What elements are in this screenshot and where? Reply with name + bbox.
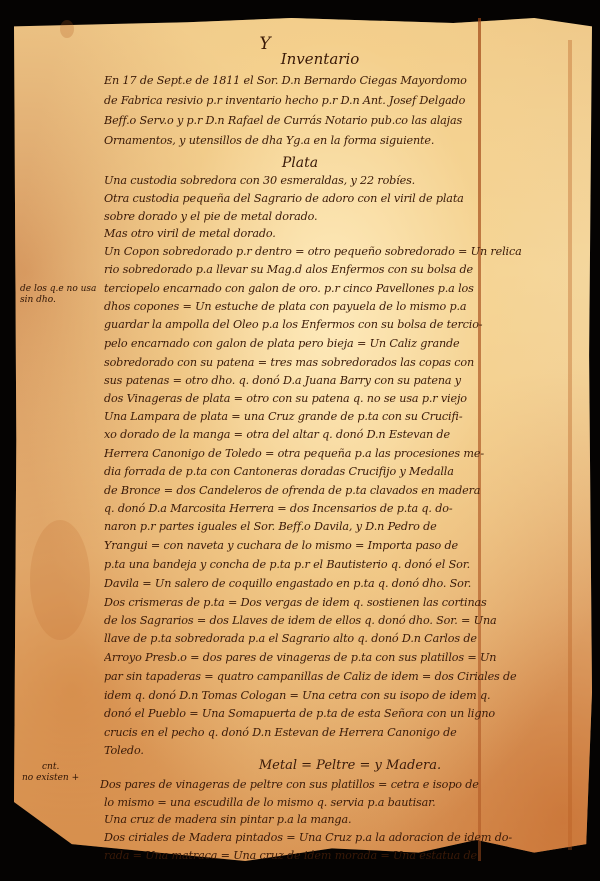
document-title: Inventario (200, 50, 440, 68)
plata-line: idem q. donó D.n Tomas Cologan = Una cet… (104, 689, 592, 703)
metal-line: rada = Una matraca = Una cruz de idem mo… (104, 849, 592, 863)
plata-line: Una Lampara de plata = una Cruz grande d… (104, 410, 592, 424)
plata-line: Mas otro viril de metal dorado. (104, 227, 592, 241)
plata-line: crucis en el pecho q. donó D.n Estevan d… (104, 726, 592, 740)
plata-line: donó el Pueblo = Una Somapuerta de p.ta … (104, 707, 592, 721)
plata-line: Un Copon sobredorado p.r dentro = otro p… (104, 245, 592, 259)
metal-line: Una cruz de madera sin pintar p.a la man… (104, 813, 592, 827)
margin-note-line: cnt. (22, 762, 79, 773)
intro-line: Beff.o Serv.o y p.r D.n Rafael de Currás… (104, 114, 592, 128)
plata-line: dos Vinageras de plata = otro con su pat… (104, 392, 592, 406)
plata-line: llave de p.ta sobredorada p.a el Sagrari… (104, 632, 592, 646)
metal-line: Dos pares de vinageras de peltre con sus… (100, 778, 588, 792)
metal-line: Dos ciriales de Madera pintados = Una Cr… (104, 831, 592, 845)
margin-note-line: sin dho. (20, 295, 96, 306)
plata-line: Herrera Canonigo de Toledo = otra pequeñ… (104, 447, 592, 461)
margin-note: cnt. no existen + (22, 762, 79, 784)
section-heading-metal: Metal = Peltre = y Madera. (230, 758, 470, 773)
metal-line: lo mismo = una escudilla de lo mismo q. … (104, 796, 592, 810)
intro-line: En 17 de Sept.e de 1811 el Sor. D.n Bern… (104, 74, 592, 88)
plata-line: Toledo. (104, 744, 592, 758)
plata-line: terciopelo encarnado con galon de oro. p… (104, 282, 592, 296)
plata-line: sobredorado con su patena = tres mas sob… (104, 356, 592, 370)
plata-line: Otra custodia pequeña del Sagrario de ad… (104, 192, 592, 206)
plata-line: Yrangui = con naveta y cuchara de lo mis… (104, 539, 592, 553)
section-heading-plata: Plata (250, 155, 350, 171)
plata-line: pelo encarnado con galon de plata pero b… (104, 337, 592, 351)
intro-line: de Fabrica resivio p.r inventario hecho … (104, 94, 592, 108)
plata-line: xo dorado de la manga = otra del altar q… (104, 428, 592, 442)
plata-line: Arroyo Presb.o = dos pares de vinageras … (104, 651, 592, 665)
plata-line: guardar la ampolla del Oleo p.a los Enfe… (104, 318, 592, 332)
plata-line: de los Sagrarios = dos Llaves de idem de… (104, 614, 592, 628)
plata-line: Dos crismeras de p.ta = Dos vergas de id… (104, 596, 592, 610)
margin-note: de los q.e no usa sin dho. (20, 284, 96, 306)
plata-line: dhos copones = Un estuche de plata con p… (104, 300, 592, 314)
intro-line: Ornamentos, y utensillos de dha Yg.a en … (104, 134, 592, 148)
paper-stain (60, 20, 74, 38)
plata-line: dia forrada de p.ta con Cantoneras dorad… (104, 465, 592, 479)
plata-line: naron p.r partes iguales el Sor. Beff.o … (104, 520, 592, 534)
plata-line: de Bronce = dos Candeleros de ofrenda de… (104, 484, 592, 498)
plata-line: rio sobredorado p.a llevar su Mag.d alos… (104, 263, 592, 277)
margin-note-line: de los q.e no usa (20, 284, 96, 295)
plata-line: p.ta una bandeja y concha de p.ta p.r el… (104, 558, 592, 572)
plata-line: q. donó D.a Marcosita Herrera = dos Ince… (104, 502, 592, 516)
plata-line: sobre dorado y el pie de metal dorado. (104, 210, 592, 224)
plata-line: sus patenas = otro dho. q. donó D.a Juan… (104, 374, 592, 388)
plata-line: par sin tapaderas = quatro campanillas d… (104, 670, 592, 684)
plata-line: Davila = Un salero de coquillo engastado… (104, 577, 592, 591)
plata-line: Una custodia sobredora con 30 esmeraldas… (104, 174, 592, 188)
paper-stain (30, 520, 90, 640)
margin-note-line: no existen + (22, 773, 79, 784)
